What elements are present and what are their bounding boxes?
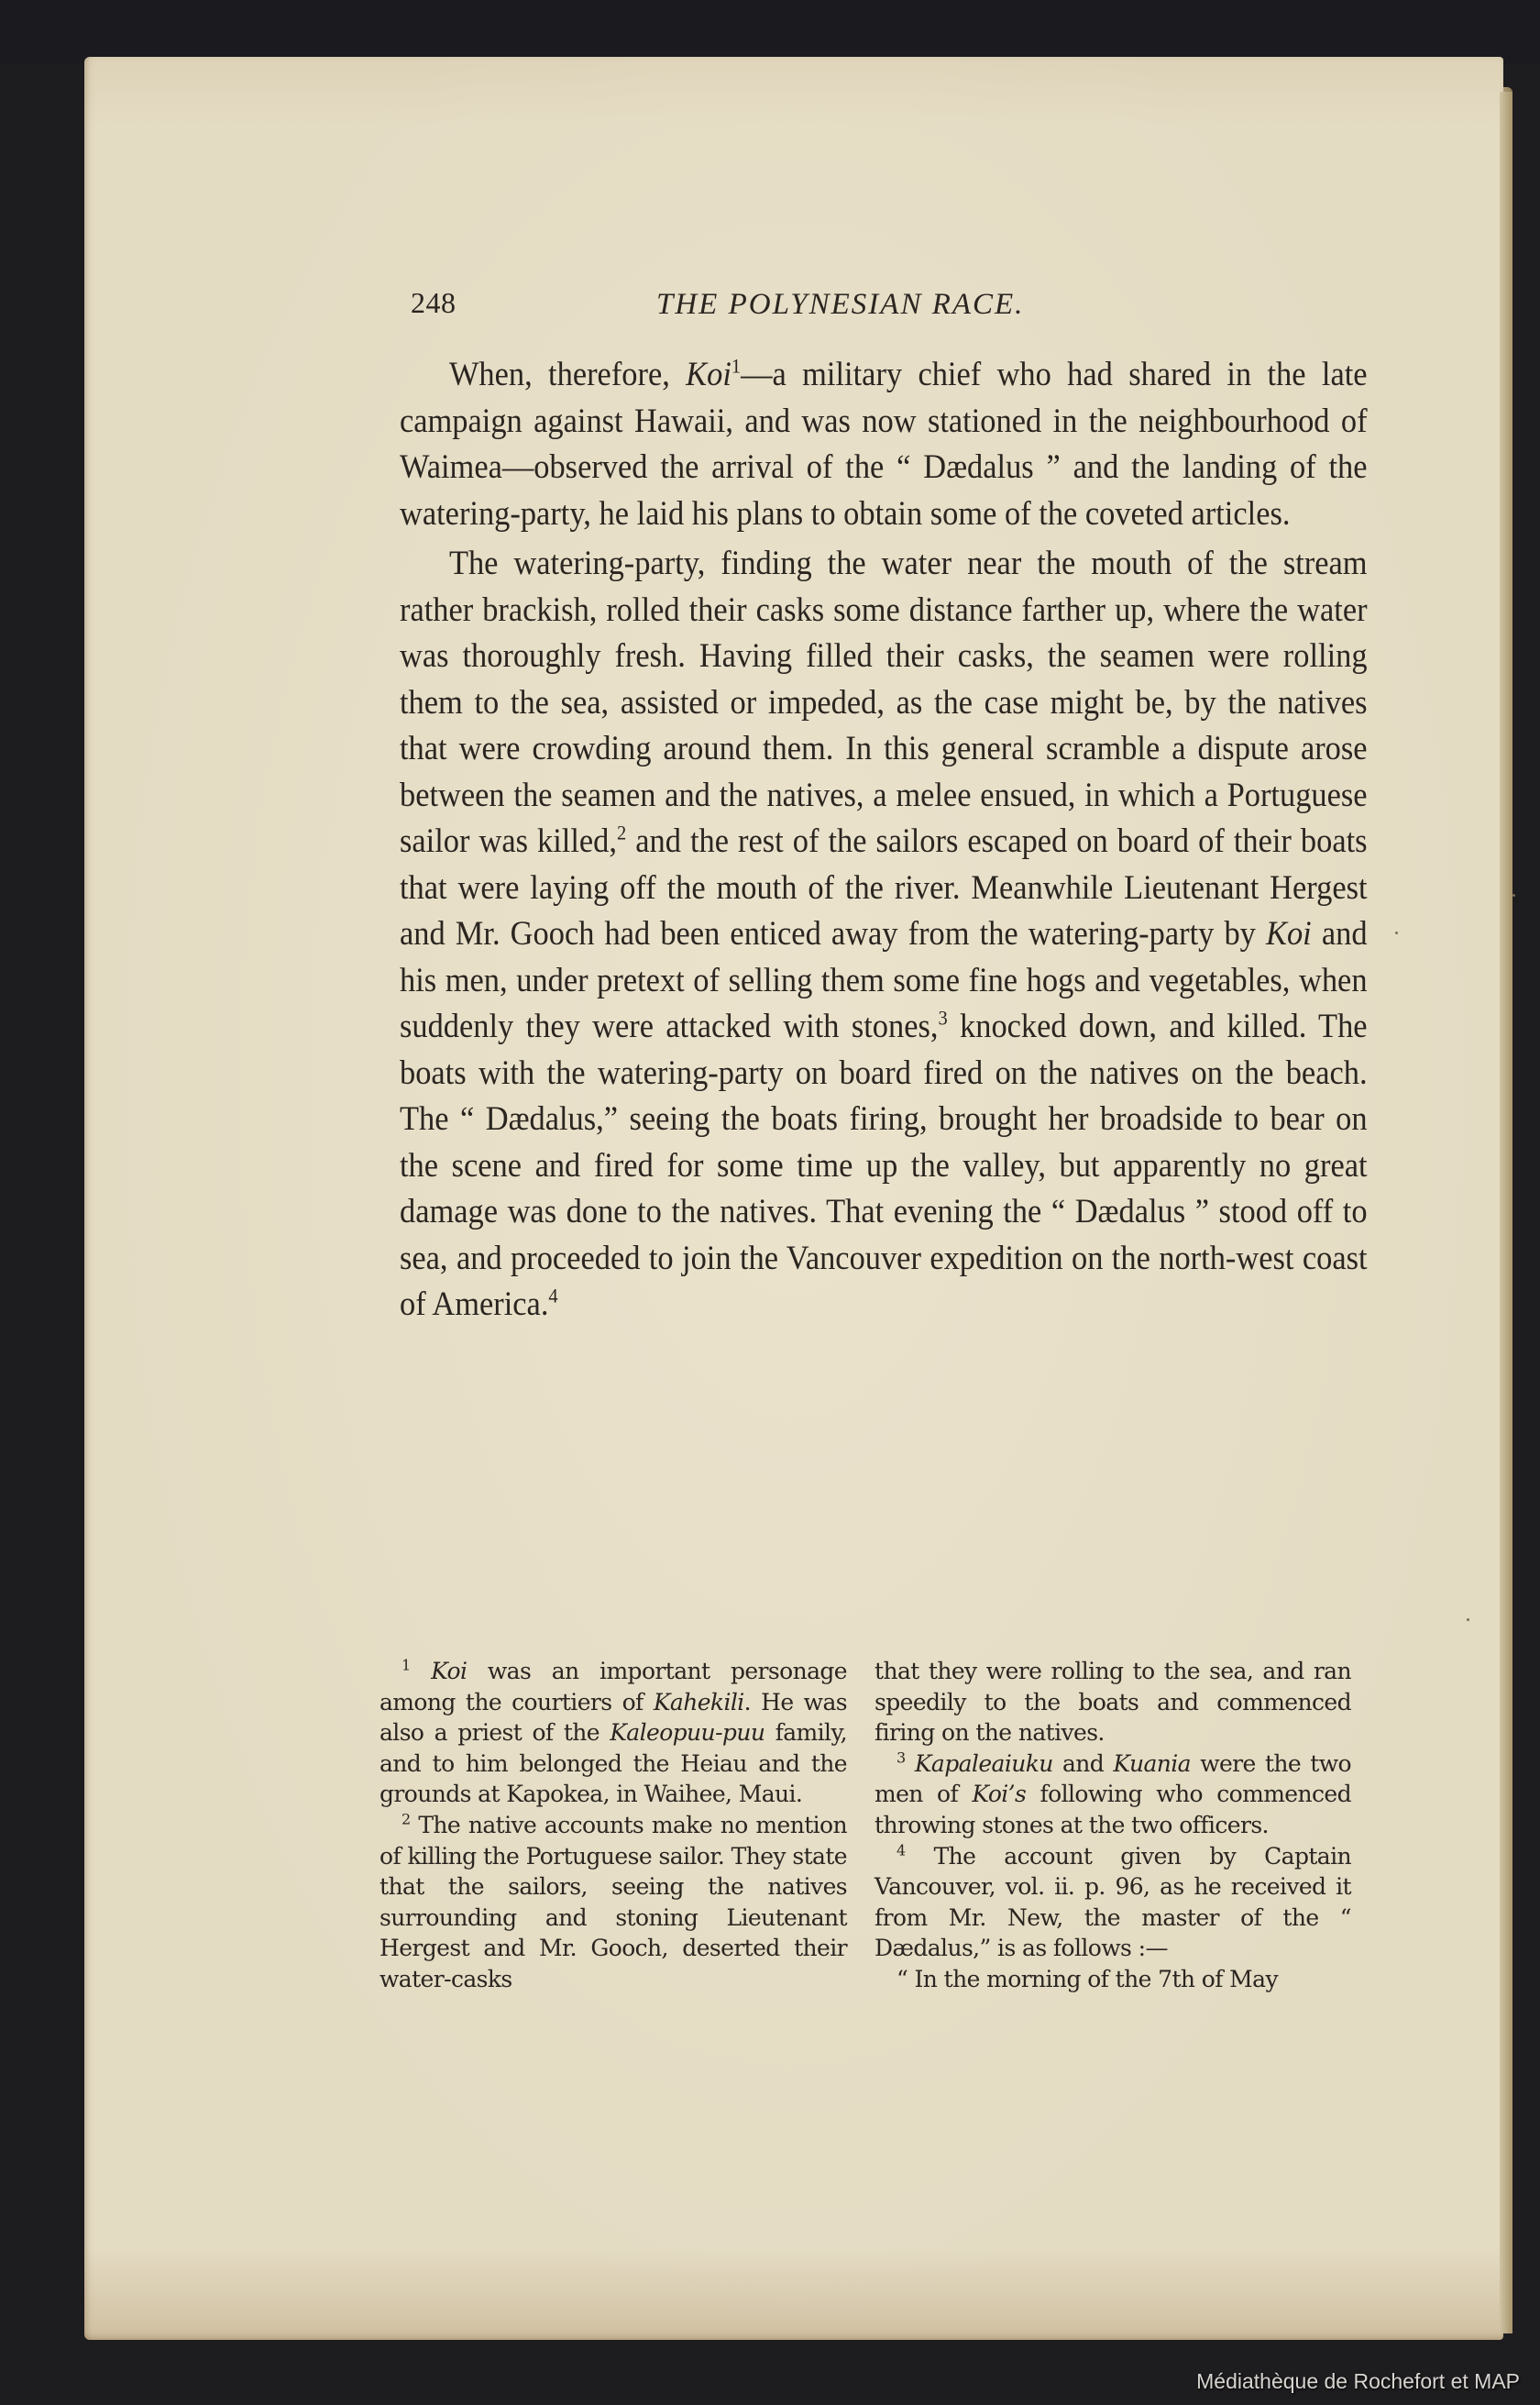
text-run: The watering-party, finding the water ne… — [400, 545, 1368, 860]
text-run: The account given by Captain Vancouver, … — [874, 1843, 1351, 1962]
paper-speck — [1395, 932, 1398, 934]
text-run: The native accounts make no mention of k… — [379, 1812, 847, 1992]
footnote-mark: 3 — [896, 1749, 906, 1766]
italic-term: Koi — [431, 1658, 467, 1684]
italic-term: Kapaleaiuku — [915, 1750, 1053, 1777]
text-run: and — [1053, 1750, 1114, 1777]
text-run: When, therefore, — [449, 356, 686, 393]
watermark: Médiathèque de Rochefort et MAP — [1196, 2369, 1520, 2394]
body-paragraph: The watering-party, finding the water ne… — [400, 541, 1368, 1329]
footnote: that they were rolling to the sea, and r… — [874, 1656, 1351, 1749]
footnotes-right-column: that they were rolling to the sea, and r… — [874, 1656, 1351, 1995]
text-run: “ In the morning of the 7th of May — [896, 1966, 1278, 1992]
page-number: 248 — [411, 286, 456, 320]
scan-background — [0, 0, 1540, 64]
italic-term: Kuania — [1113, 1750, 1191, 1777]
footnote: 4 The account given by Captain Vancouver… — [874, 1841, 1351, 1964]
footnote-mark: 4 — [896, 1841, 906, 1859]
footnote: 2 The native accounts make no mention of… — [379, 1810, 847, 1995]
italic-term: Kaleopuu-puu — [610, 1719, 764, 1746]
footnote-reference: 4 — [548, 1285, 557, 1307]
footnote-mark: 1 — [401, 1657, 411, 1674]
footnote: 3 Kapaleaiuku and Kuania were the two me… — [874, 1749, 1351, 1841]
footnote: “ In the morning of the 7th of May — [874, 1964, 1351, 1995]
footnote: 1 Koi was an important personage among t… — [379, 1656, 847, 1810]
running-head: 248 THE POLYNESIAN RACE. — [411, 286, 1364, 332]
text-run: knocked down, and killed. The boats with… — [400, 1008, 1368, 1323]
footnote-reference: 3 — [938, 1007, 947, 1030]
main-body-text: When, therefore, Koi1—a military chief w… — [400, 352, 1368, 1329]
paper-speck — [1512, 894, 1515, 897]
italic-term: Kahekili — [654, 1689, 744, 1715]
footnotes-left-column: 1 Koi was an important personage among t… — [379, 1656, 847, 1995]
footnote-reference: 2 — [617, 822, 626, 844]
text-run: that they were rolling to the sea, and r… — [874, 1658, 1351, 1746]
footnote-reference: 1 — [731, 355, 741, 378]
footnote-mark: 2 — [401, 1811, 411, 1828]
body-paragraph: When, therefore, Koi1—a military chief w… — [400, 352, 1368, 537]
running-head-title: THE POLYNESIAN RACE. — [656, 288, 1024, 322]
italic-term: Koi’s — [972, 1781, 1026, 1807]
paper-speck — [1467, 1618, 1469, 1621]
italic-term: Koi — [686, 356, 731, 393]
italic-term: Koi — [1266, 915, 1312, 953]
page-fore-edge — [1500, 92, 1512, 2333]
